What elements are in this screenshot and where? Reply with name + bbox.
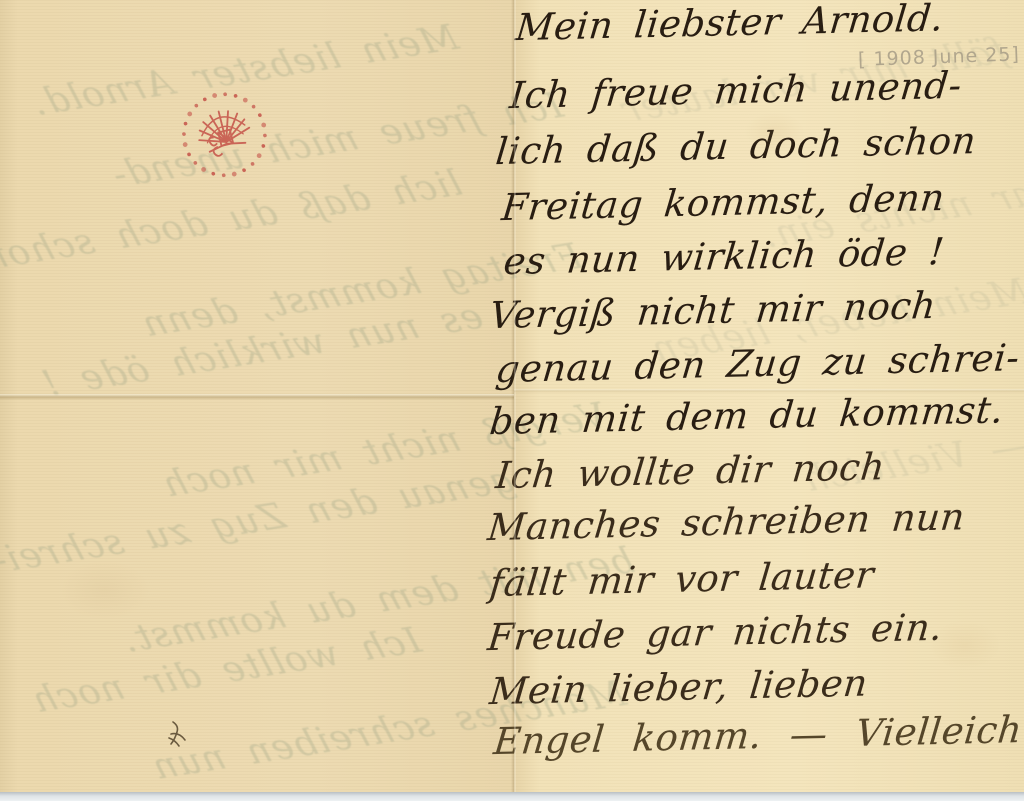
letter-scan: Mein liebster Arnold.Ich freue mich unen… <box>0 0 1024 801</box>
handwritten-line: Mein lieber, lieben <box>488 661 870 713</box>
ink-smudge <box>163 718 189 748</box>
handwritten-line: Ich wollte dir noch <box>494 445 887 497</box>
fold-crease-horizontal-right <box>514 389 1024 393</box>
handwritten-line: fällt mir vor lauter <box>488 553 876 605</box>
fold-crease-horizontal-left <box>0 394 514 400</box>
scanner-edge <box>0 792 1024 801</box>
red-seal-stamp <box>178 84 270 182</box>
